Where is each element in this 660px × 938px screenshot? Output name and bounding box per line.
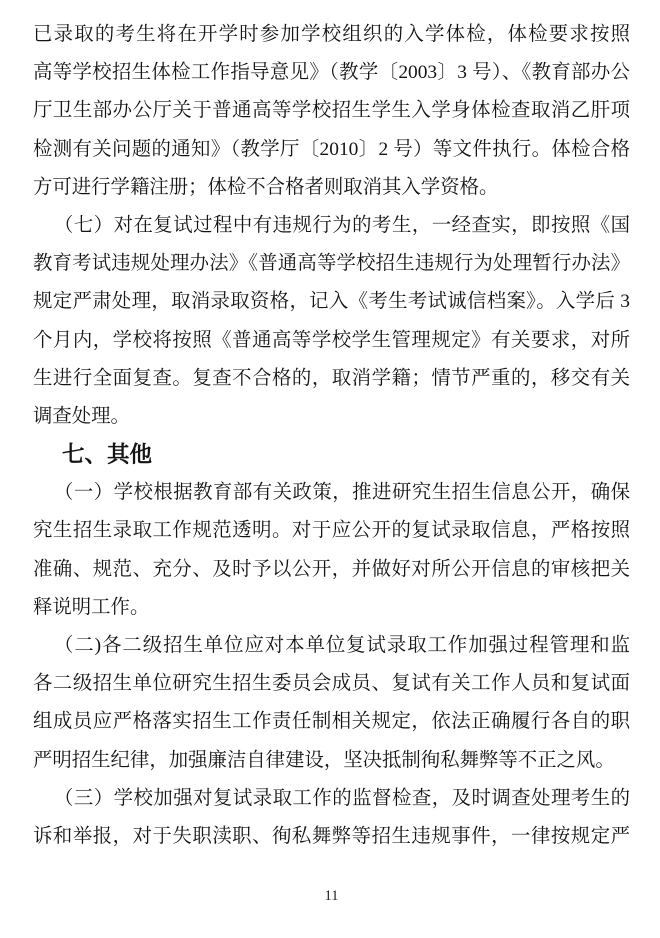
text-line: 严明招生纪律，加强廉洁自律建设，坚决抵制徇私舞弊等不正之风。 — [33, 742, 630, 780]
text-line: 已录取的考生将在开学时参加学校组织的入学体检，体检要求按照《普通 — [33, 16, 630, 54]
text-line: 方可进行学籍注册；体检不合格者则取消其入学资格。 — [33, 169, 630, 207]
text-line: 教育考试违规处理办法》《普通高等学校招生违规行为处理暂行办法》等 — [33, 245, 630, 283]
text-line: 组成员应严格落实招生工作责任制相关规定，依法正确履行各自的职责。 — [33, 703, 630, 741]
page-number: 11 — [33, 886, 630, 906]
text-line: 生进行全面复查。复查不合格的，取消学籍；情节严重的，移交有关部门 — [33, 360, 630, 398]
text-line: 个月内，学校将按照《普通高等学校学生管理规定》有关要求，对所有考 — [33, 322, 630, 360]
text-line: 释说明工作。 — [33, 589, 630, 627]
section-heading: 七、其他 — [33, 436, 630, 474]
document-page: 已录取的考生将在开学时参加学校组织的入学体检，体检要求按照《普通 高等学校招生体… — [0, 0, 660, 938]
text-line: 高等学校招生体检工作指导意见》（教学〔2003〕3 号）、《教育部办公 — [33, 54, 630, 92]
text-line: （七）对在复试过程中有违规行为的考生，一经查实，即按照《国家 — [33, 207, 630, 245]
text-line: 调查处理。 — [33, 398, 630, 436]
text-line: 诉和举报，对于失职渎职、徇私舞弊等招生违规事件，一律按规定严肃处 — [33, 818, 630, 856]
text-line: 厅卫生部办公厅关于普通高等学校招生学生入学身体检查取消乙肝项目 — [33, 92, 630, 130]
text-line: 检测有关问题的通知》（教学厅〔2010〕2 号）等文件执行。体检合格者 — [33, 131, 630, 169]
text-line: （三）学校加强对复试录取工作的监督检查，及时调查处理考生的投 — [33, 780, 630, 818]
text-line: （二)各二级招生单位应对本单位复试录取工作加强过程管理和监督。 — [33, 627, 630, 665]
text-line: 各二级招生单位研究生招生委员会成员、复试有关工作人员和复试面试小 — [33, 665, 630, 703]
text-line: 规定严肃处理，取消录取资格，记入《考生考试诚信档案》。入学后 3 — [33, 283, 630, 321]
document-body: 已录取的考生将在开学时参加学校组织的入学体检，体检要求按照《普通 高等学校招生体… — [33, 16, 630, 856]
text-line: （一）学校根据教育部有关政策，推进研究生招生信息公开，确保研 — [33, 474, 630, 512]
text-line: 准确、规范、充分、及时予以公开，并做好对所公开信息的审核把关和解 — [33, 551, 630, 589]
text-line: 究生招生录取工作规范透明。对于应公开的复试录取信息，严格按照规定 — [33, 512, 630, 550]
